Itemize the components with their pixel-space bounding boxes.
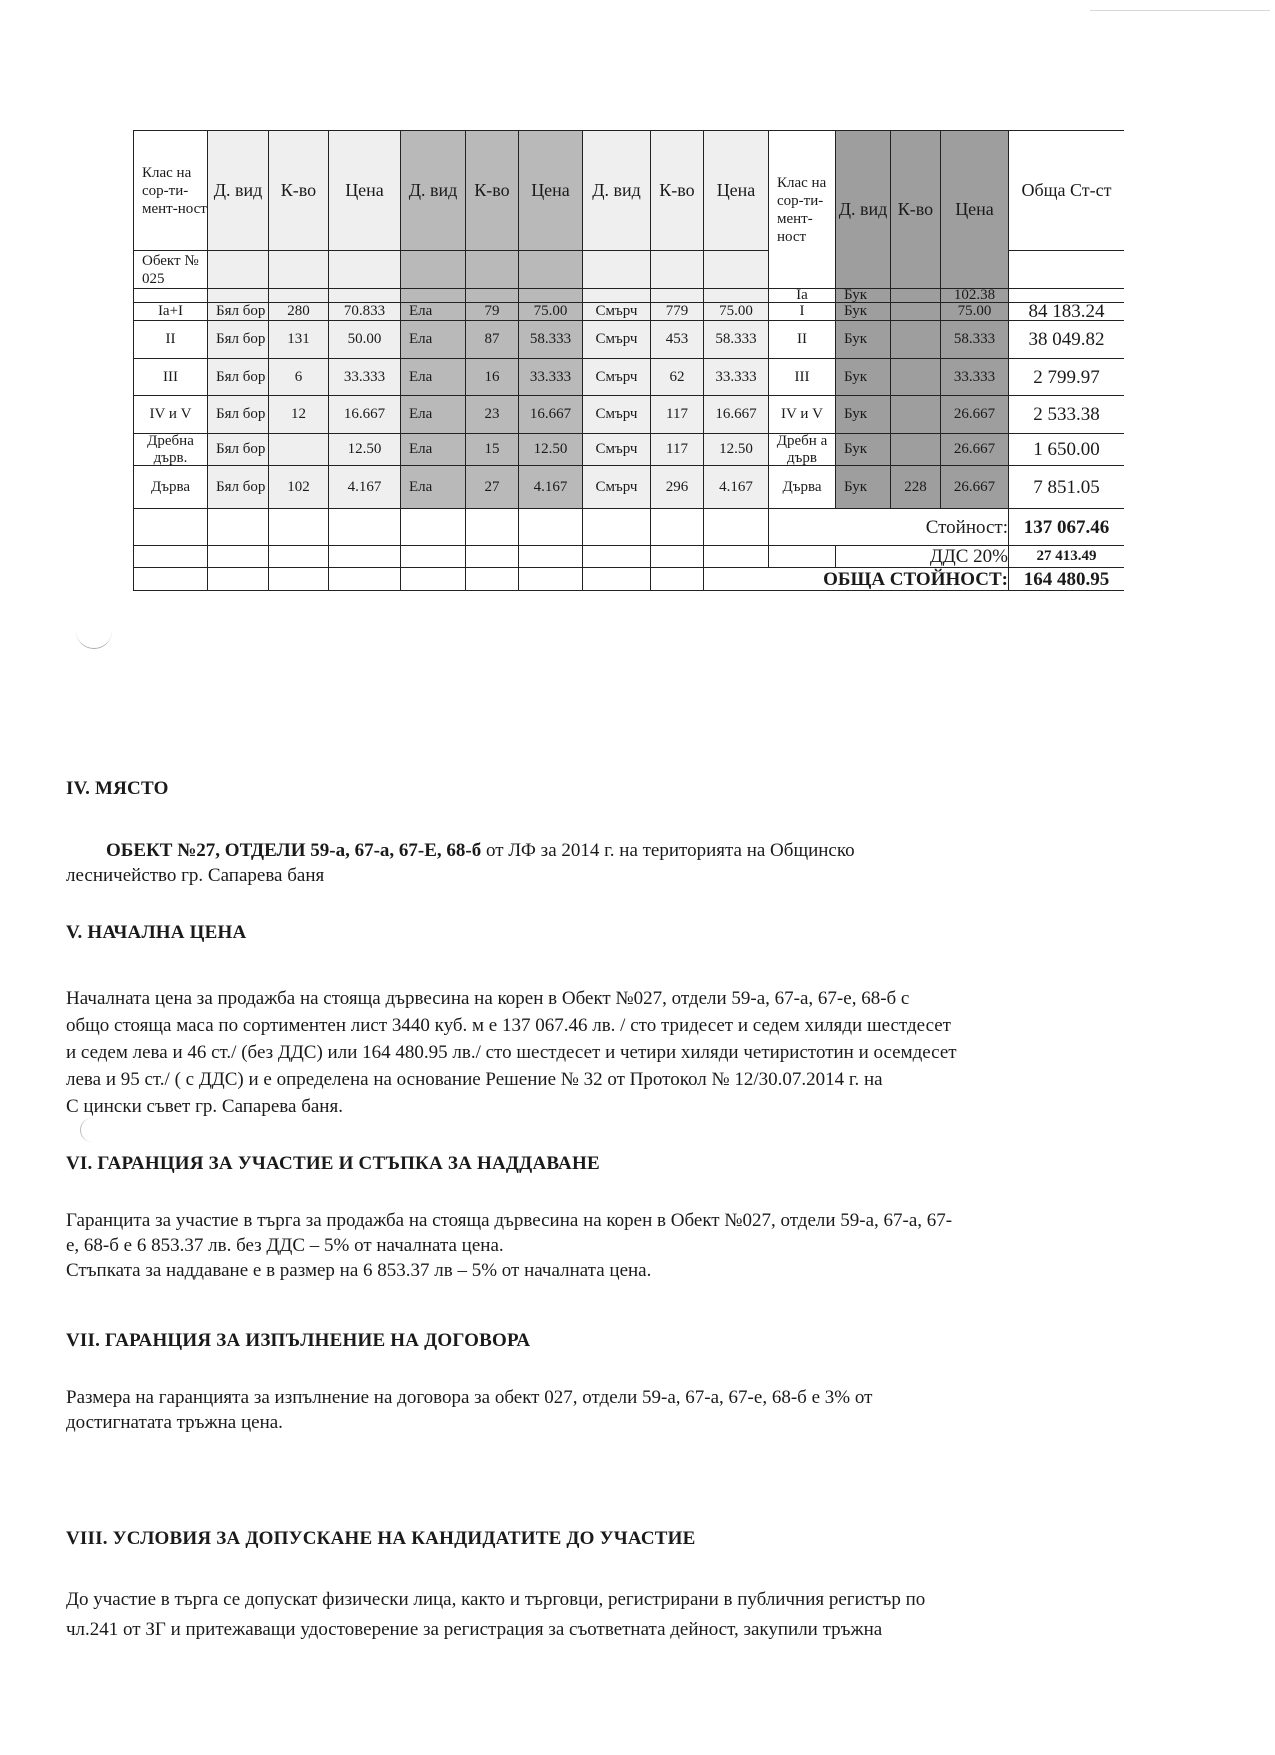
species-cell: Ела <box>400 302 466 321</box>
species-cell: Ела <box>400 358 466 396</box>
qty-cell <box>890 395 941 434</box>
table-cell <box>703 545 769 568</box>
price-cell: 16.667 <box>703 395 769 434</box>
qty-cell: 27 <box>465 465 519 509</box>
column-header: Цена <box>703 130 769 251</box>
price-cell: 58.333 <box>703 320 769 359</box>
table-cell <box>650 508 704 546</box>
row-total: 84 183.24 <box>1008 302 1124 321</box>
row-total: 1 650.00 <box>1008 433 1124 466</box>
table-cell <box>768 545 836 568</box>
qty-cell: 228 <box>890 465 941 509</box>
species-cell: Смърч <box>582 395 651 434</box>
species-cell: Смърч <box>582 465 651 509</box>
table-cell <box>703 250 769 289</box>
table-cell <box>268 567 329 591</box>
species-cell: Бук <box>835 395 891 434</box>
qty-cell: 12 <box>268 395 329 434</box>
table-cell <box>650 567 704 591</box>
summary-value-label: Стойност: <box>768 508 1009 546</box>
header-class-right: Клас на сор-ти-мент-ност <box>768 130 836 289</box>
paragraph-line: е, 68-б е 6 853.37 лв. без ДДС – 5% от н… <box>66 1233 1216 1258</box>
qty-cell: 16 <box>465 358 519 396</box>
table-cell <box>518 288 583 303</box>
summary-value: 137 067.46 <box>1008 508 1124 546</box>
table-cell <box>207 508 269 546</box>
price-cell: 33.333 <box>703 358 769 396</box>
row-total <box>1008 288 1124 303</box>
scan-artifact-mark <box>76 628 112 649</box>
summary-vat-label: ДДС 20% <box>835 545 1009 568</box>
price-cell: 16.667 <box>328 395 401 434</box>
table-cell <box>582 250 651 289</box>
row-total: 38 049.82 <box>1008 320 1124 359</box>
column-header: Д. вид <box>207 130 269 251</box>
row-total: 2 799.97 <box>1008 358 1124 396</box>
section-admission-text: До участие в търга се допускат физически… <box>66 1585 1216 1645</box>
column-header: К-во <box>465 130 519 251</box>
species-cell: Бял бор <box>207 465 269 509</box>
section-title-guarantee: VI. ГАРАНЦИЯ ЗА УЧАСТИЕ И СТЪПКА ЗА НАДД… <box>66 1153 600 1175</box>
table-cell <box>207 250 269 289</box>
table-cell <box>518 545 583 568</box>
table-cell <box>328 567 401 591</box>
table-cell <box>207 567 269 591</box>
table-cell <box>582 545 651 568</box>
paragraph-line: Стъпката за наддаване е в размер на 6 85… <box>66 1258 1216 1283</box>
row-class-right: Ia <box>768 288 836 303</box>
price-cell: 75.00 <box>703 302 769 321</box>
price-cell: 33.333 <box>328 358 401 396</box>
price-cell: 12.50 <box>518 433 583 466</box>
table-cell <box>207 545 269 568</box>
species-cell: Бял бор <box>207 433 269 466</box>
table-cell <box>465 288 519 303</box>
column-header: К-во <box>650 130 704 251</box>
qty-cell: 117 <box>650 395 704 434</box>
qty-cell: 102 <box>268 465 329 509</box>
table-cell <box>518 250 583 289</box>
species-cell: Смърч <box>582 302 651 321</box>
summary-grand: 164 480.95 <box>1008 567 1124 591</box>
table-cell <box>328 250 401 289</box>
qty-cell <box>890 433 941 466</box>
paragraph-line: общо стояща маса по сортиментен лист 344… <box>66 1012 1216 1039</box>
object-label: Обект № 025 <box>133 250 208 289</box>
price-cell: 4.167 <box>328 465 401 509</box>
table-cell <box>582 567 651 591</box>
column-header: Д. вид <box>835 130 891 289</box>
price-cell: 33.333 <box>518 358 583 396</box>
species-cell: Бук <box>835 320 891 359</box>
row-class: Дребна дърв. <box>133 433 208 466</box>
qty-cell: 23 <box>465 395 519 434</box>
qty-cell: 296 <box>650 465 704 509</box>
qty-cell <box>890 320 941 359</box>
summary-grand-label: ОБЩА СТОЙНОСТ: <box>703 567 1009 591</box>
table-cell <box>268 545 329 568</box>
table-cell <box>400 567 466 591</box>
species-cell: Бук <box>835 288 891 303</box>
species-cell: Ела <box>400 433 466 466</box>
paragraph-line: лева и 95 ст./ ( с ДДС) и е определена н… <box>66 1066 1216 1093</box>
paragraph-line: Началната цена за продажба на стояща дър… <box>66 985 1216 1012</box>
row-class-right: Дребн а дърв <box>768 433 836 466</box>
row-class: Ia+I <box>133 302 208 321</box>
qty-cell: 87 <box>465 320 519 359</box>
column-header: К-во <box>890 130 941 289</box>
price-cell: 75.00 <box>518 302 583 321</box>
row-total: 2 533.38 <box>1008 395 1124 434</box>
row-class: Дърва <box>133 465 208 509</box>
header-class: Клас на сор-ти-мент-ност <box>133 130 208 251</box>
table-cell <box>328 288 401 303</box>
qty-cell: 6 <box>268 358 329 396</box>
column-header: Д. вид <box>582 130 651 251</box>
price-cell: 58.333 <box>518 320 583 359</box>
species-cell: Бук <box>835 358 891 396</box>
qty-cell: 131 <box>268 320 329 359</box>
qty-cell: 15 <box>465 433 519 466</box>
table-cell <box>400 250 466 289</box>
price-cell: 12.50 <box>328 433 401 466</box>
species-cell: Бял бор <box>207 302 269 321</box>
species-cell: Ела <box>400 395 466 434</box>
price-cell: 16.667 <box>518 395 583 434</box>
table-cell <box>650 250 704 289</box>
price-cell: 102.38 <box>940 288 1009 303</box>
price-cell: 58.333 <box>940 320 1009 359</box>
species-cell: Бял бор <box>207 320 269 359</box>
qty-cell: 79 <box>465 302 519 321</box>
object-lead: ОБЕКТ №27, ОТДЕЛИ 59-а, 67-а, 67-Е, 68-б <box>106 840 481 861</box>
qty-cell: 453 <box>650 320 704 359</box>
species-cell: Бук <box>835 433 891 466</box>
table-cell <box>328 545 401 568</box>
table-cell <box>268 508 329 546</box>
row-class-right: Дърва <box>768 465 836 509</box>
qty-cell: 117 <box>650 433 704 466</box>
table-cell <box>400 288 466 303</box>
table-cell <box>133 508 208 546</box>
scan-edge-line <box>1090 10 1270 11</box>
column-header: Цена <box>518 130 583 251</box>
table-cell <box>268 250 329 289</box>
qty-cell: 62 <box>650 358 704 396</box>
qty-cell: 779 <box>650 302 704 321</box>
section-title-place: IV. МЯСТО <box>66 778 169 800</box>
qty-cell: 280 <box>268 302 329 321</box>
species-cell: Смърч <box>582 358 651 396</box>
section-start-price-text: Началната цена за продажба на стояща дър… <box>66 985 1216 1120</box>
price-cell: 26.667 <box>940 433 1009 466</box>
table-cell <box>465 250 519 289</box>
species-cell: Ела <box>400 320 466 359</box>
table-cell <box>207 288 269 303</box>
table-cell <box>268 288 329 303</box>
table-cell <box>1008 250 1124 289</box>
paragraph-line: и седем лева и 46 ст./ (без ДДС) или 164… <box>66 1039 1216 1066</box>
qty-cell <box>890 288 941 303</box>
species-cell: Бял бор <box>207 358 269 396</box>
price-cell: 4.167 <box>703 465 769 509</box>
section-guarantee-text: Гаранцита за участие в търга за продажба… <box>66 1208 1216 1283</box>
row-class-right: III <box>768 358 836 396</box>
scan-artifact-mark <box>80 1118 101 1142</box>
price-cell: 75.00 <box>940 302 1009 321</box>
row-class: IV и V <box>133 395 208 434</box>
species-cell: Смърч <box>582 320 651 359</box>
section-place-text: ОБЕКТ №27, ОТДЕЛИ 59-а, 67-а, 67-Е, 68-б… <box>66 838 1216 888</box>
species-cell: Смърч <box>582 433 651 466</box>
column-header: Цена <box>328 130 401 251</box>
price-cell: 26.667 <box>940 395 1009 434</box>
row-class-right: I <box>768 302 836 321</box>
section-performance-text: Размера на гаранцията за изпълнение на д… <box>66 1385 1216 1435</box>
column-header: Цена <box>940 130 1009 289</box>
table-cell <box>650 288 704 303</box>
price-cell: 33.333 <box>940 358 1009 396</box>
price-cell: 26.667 <box>940 465 1009 509</box>
table-cell <box>465 567 519 591</box>
summary-vat: 27 413.49 <box>1008 545 1124 568</box>
paragraph-line: До участие в търга се допускат физически… <box>66 1585 1216 1615</box>
species-cell: Ела <box>400 465 466 509</box>
place-text-line: от ЛФ за 2014 г. на територията на Общин… <box>481 840 854 861</box>
table-cell <box>465 545 519 568</box>
row-class: III <box>133 358 208 396</box>
table-cell <box>518 508 583 546</box>
paragraph-line: Гаранцита за участие в търга за продажба… <box>66 1208 1216 1233</box>
table-cell <box>650 545 704 568</box>
table-cell <box>133 567 208 591</box>
table-cell <box>582 288 651 303</box>
species-cell: Бук <box>835 465 891 509</box>
species-cell: Бук <box>835 302 891 321</box>
place-text-line: лесничейство гр. Сапарева баня <box>66 863 1216 888</box>
table-cell <box>518 567 583 591</box>
price-cell: 4.167 <box>518 465 583 509</box>
qty-cell <box>890 302 941 321</box>
row-class-right: IV и V <box>768 395 836 434</box>
table-cell <box>400 508 466 546</box>
paragraph-line: Размера на гаранцията за изпълнение на д… <box>66 1385 1216 1410</box>
paragraph-line: С цински съвет гр. Сапарева баня. <box>66 1093 1216 1120</box>
species-cell: Бял бор <box>207 395 269 434</box>
table-cell <box>582 508 651 546</box>
table-cell <box>328 508 401 546</box>
row-class-right: II <box>768 320 836 359</box>
qty-cell <box>268 433 329 466</box>
row-class: II <box>133 320 208 359</box>
table-cell <box>703 508 769 546</box>
table-cell <box>400 545 466 568</box>
section-title-admission-conditions: VIII. УСЛОВИЯ ЗА ДОПУСКАНЕ НА КАНДИДАТИТ… <box>66 1528 696 1550</box>
table-cell <box>465 508 519 546</box>
section-title-start-price: V. НАЧАЛНА ЦЕНА <box>66 922 246 944</box>
column-header: К-во <box>268 130 329 251</box>
table-cell <box>133 288 208 303</box>
paragraph-line: достигнатата тръжна цена. <box>66 1410 1216 1435</box>
paragraph-line: чл.241 от ЗГ и притежаващи удостоверение… <box>66 1615 1216 1645</box>
header-total: Обща Ст-ст <box>1008 130 1124 251</box>
qty-cell <box>890 358 941 396</box>
price-cell: 50.00 <box>328 320 401 359</box>
price-cell: 70.833 <box>328 302 401 321</box>
price-cell: 12.50 <box>703 433 769 466</box>
column-header: Д. вид <box>400 130 466 251</box>
section-title-performance-guarantee: VII. ГАРАНЦИЯ ЗА ИЗПЪЛНЕНИЕ НА ДОГОВОРА <box>66 1330 530 1352</box>
table-cell <box>703 288 769 303</box>
table-cell <box>133 545 208 568</box>
row-total: 7 851.05 <box>1008 465 1124 509</box>
